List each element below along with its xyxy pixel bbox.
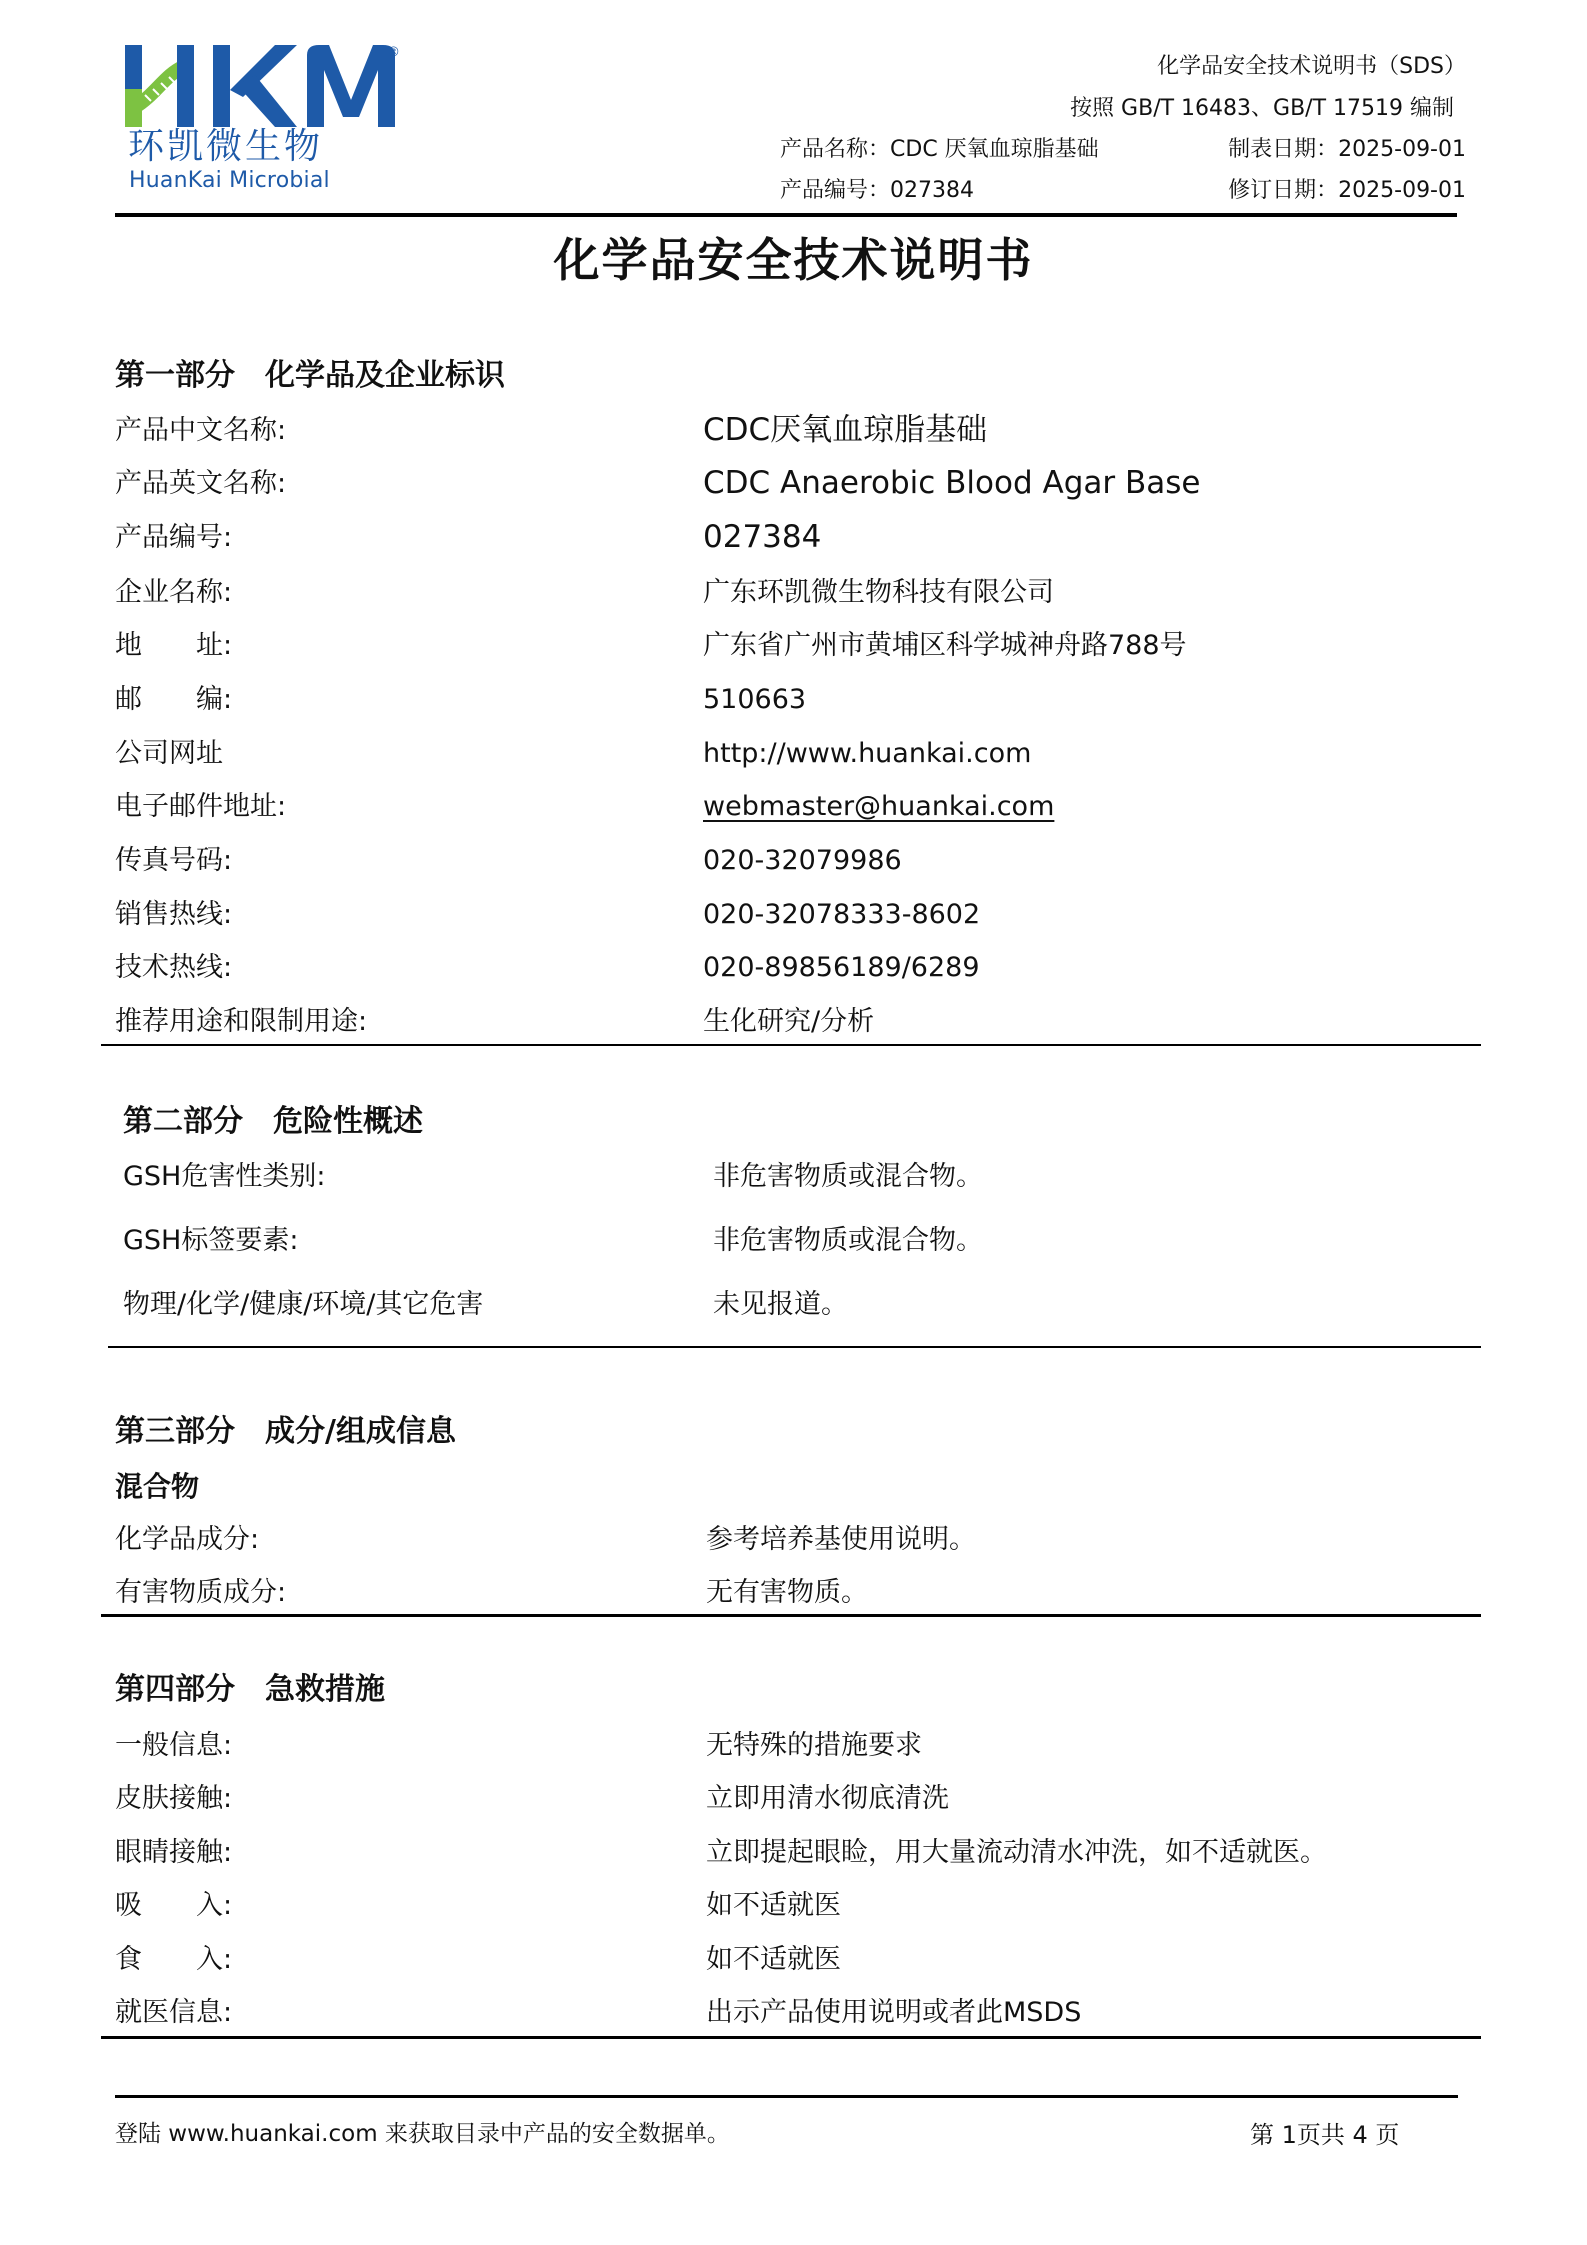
company-logo: ® 环凯微生物 HuanKai Microbial [125,45,395,190]
table-row: 企业名称: 广东环凯微生物科技有限公司 [0,576,1587,616]
field-value: 020-32078333-8602 [703,898,980,932]
field-value: 无特殊的措施要求 [706,1729,922,1763]
product-code-value: 027384 [890,178,974,203]
table-row: 技术热线: 020-89856189/6289 [0,951,1587,991]
table-row: 食 入: 如不适就医 [0,1943,1587,1983]
section-4-heading: 第四部分急救措施 [115,1672,385,1708]
created-date-line: 制表日期：2025-09-01 [1228,137,1466,163]
field-label: 邮 编: [115,683,232,717]
revised-date-label: 修订日期： [1228,178,1338,203]
field-label: 一般信息: [115,1729,232,1763]
table-row: 产品中文名称: CDC厌氧血琼脂基础 [0,414,1587,454]
product-name-label: 产品名称： [780,137,890,162]
table-row: 推荐用途和限制用途: 生化研究/分析 [0,1005,1587,1045]
field-value: 027384 [703,518,821,556]
section-title: 危险性概述 [273,1104,423,1139]
section-number: 第一部分 [115,358,235,393]
page-indicator: 第 1页共 4 页 [1250,2121,1399,2149]
section-number: 第四部分 [115,1672,235,1707]
footer-divider [115,2095,1458,2098]
table-row: 传真号码: 020-32079986 [0,844,1587,884]
section-number: 第二部分 [123,1104,243,1139]
table-row: GSH危害性类别: 非危害物质或混合物。 [0,1160,1587,1200]
table-row: 邮 编: 510663 [0,683,1587,723]
field-label: GSH危害性类别: [123,1160,325,1194]
field-value: 如不适就医 [706,1889,841,1923]
field-value: 广东环凯微生物科技有限公司 [703,576,1054,610]
section-number: 第三部分 [115,1414,235,1449]
product-code-line: 产品编号：027384 [780,178,974,204]
field-value: 无有害物质。 [706,1576,868,1610]
table-row: 化学品成分: 参考培养基使用说明。 [0,1523,1587,1563]
revised-date-line: 修订日期：2025-09-01 [1228,178,1466,204]
email-link[interactable]: webmaster@huankai.com [703,791,1054,822]
field-label: GSH标签要素: [123,1224,298,1258]
field-label: 眼睛接触: [115,1836,232,1870]
footer-note: 登陆 www.huankai.com 来获取目录中产品的安全数据单。 [115,2120,730,2148]
field-value: CDC厌氧血琼脂基础 [703,411,987,449]
header-divider [115,213,1457,217]
field-label: 吸 入: [115,1889,232,1923]
table-row: 产品编号: 027384 [0,521,1587,561]
field-value: 未见报道。 [713,1288,848,1322]
field-label: 传真号码: [115,844,232,878]
field-label: 企业名称: [115,576,232,610]
table-row: GSH标签要素: 非危害物质或混合物。 [0,1224,1587,1264]
table-row: 电子邮件地址: webmaster@huankai.com [0,790,1587,830]
section-4-divider [101,2036,1481,2039]
table-row: 公司网址 http://www.huankai.com [0,737,1587,777]
field-label: 地 址: [115,629,232,663]
standard-note: 按照 GB/T 16483、GB/T 17519 编制 [1070,96,1454,122]
logo-english-name: HuanKai Microbial [129,169,330,193]
website-link[interactable]: http://www.huankai.com [703,737,1031,771]
field-label: 产品中文名称: [115,414,286,448]
section-1-heading: 第一部分化学品及企业标识 [115,358,505,394]
field-value: 出示产品使用说明或者此MSDS [706,1996,1081,2030]
field-value: 生化研究/分析 [703,1005,874,1039]
product-code-label: 产品编号： [780,178,890,203]
registered-mark: ® [387,45,400,60]
section-3-heading: 第三部分成分/组成信息 [115,1414,456,1450]
field-value: CDC Anaerobic Blood Agar Base [703,464,1200,502]
field-label: 皮肤接触: [115,1782,232,1816]
field-label: 食 入: [115,1943,232,1977]
field-value: 510663 [703,683,806,717]
field-label: 电子邮件地址: [115,790,286,824]
logo-chinese-name: 环凯微生物 [128,127,323,167]
section-2-heading: 第二部分危险性概述 [123,1104,423,1140]
table-row: 皮肤接触: 立即用清水彻底清洗 [0,1782,1587,1822]
field-label: 产品编号: [115,521,232,555]
table-row: 地 址: 广东省广州市黄埔区科学城神舟路788号 [0,629,1587,669]
table-row: 有害物质成分: 无有害物质。 [0,1576,1587,1616]
field-label: 推荐用途和限制用途: [115,1005,367,1039]
field-label: 产品英文名称: [115,467,286,501]
section-title: 化学品及企业标识 [265,358,505,393]
table-row: 一般信息: 无特殊的措施要求 [0,1729,1587,1769]
section-3-divider [101,1614,1481,1617]
created-date-label: 制表日期： [1228,137,1338,162]
product-name-value: CDC 厌氧血琼脂基础 [890,137,1099,162]
field-label: 技术热线: [115,951,232,985]
table-row: 眼睛接触: 立即提起眼睑，用大量流动清水冲洗，如不适就医。 [0,1836,1587,1876]
document-title: 化学品安全技术说明书 [0,232,1587,288]
field-value: 立即提起眼睑，用大量流动清水冲洗，如不适就医。 [706,1836,1327,1870]
section-2-divider [108,1346,1481,1348]
revised-date-value: 2025-09-01 [1338,178,1466,203]
table-row: 销售热线: 020-32078333-8602 [0,898,1587,938]
section-title: 急救措施 [265,1672,385,1707]
table-row: 物理/化学/健康/环境/其它危害 未见报道。 [0,1288,1587,1328]
hkm-logo-mark-icon [125,45,395,127]
table-row: 产品英文名称: CDC Anaerobic Blood Agar Base [0,467,1587,507]
field-value: 非危害物质或混合物。 [713,1160,983,1194]
product-name-line: 产品名称：CDC 厌氧血琼脂基础 [780,137,1099,163]
field-value: 020-32079986 [703,844,902,878]
field-label: 销售热线: [115,898,232,932]
created-date-value: 2025-09-01 [1338,137,1466,162]
field-label: 公司网址 [115,737,223,771]
table-row: 吸 入: 如不适就医 [0,1889,1587,1929]
field-label: 有害物质成分: [115,1576,286,1610]
section-1-divider [101,1044,1481,1046]
field-label: 化学品成分: [115,1523,259,1557]
field-value: 020-89856189/6289 [703,951,980,985]
doc-type: 化学品安全技术说明书（SDS） [1157,54,1466,80]
field-value: 立即用清水彻底清洗 [706,1782,949,1816]
field-value: 非危害物质或混合物。 [713,1224,983,1258]
field-label: 就医信息: [115,1996,232,2030]
section-3-subheading: 混合物 [115,1469,199,1505]
field-value: 参考培养基使用说明。 [706,1523,976,1557]
table-row: 就医信息: 出示产品使用说明或者此MSDS [0,1996,1587,2036]
field-value: 如不适就医 [706,1943,841,1977]
field-value: 广东省广州市黄埔区科学城神舟路788号 [703,629,1187,663]
field-label: 物理/化学/健康/环境/其它危害 [123,1288,483,1322]
section-title: 成分/组成信息 [265,1414,456,1449]
